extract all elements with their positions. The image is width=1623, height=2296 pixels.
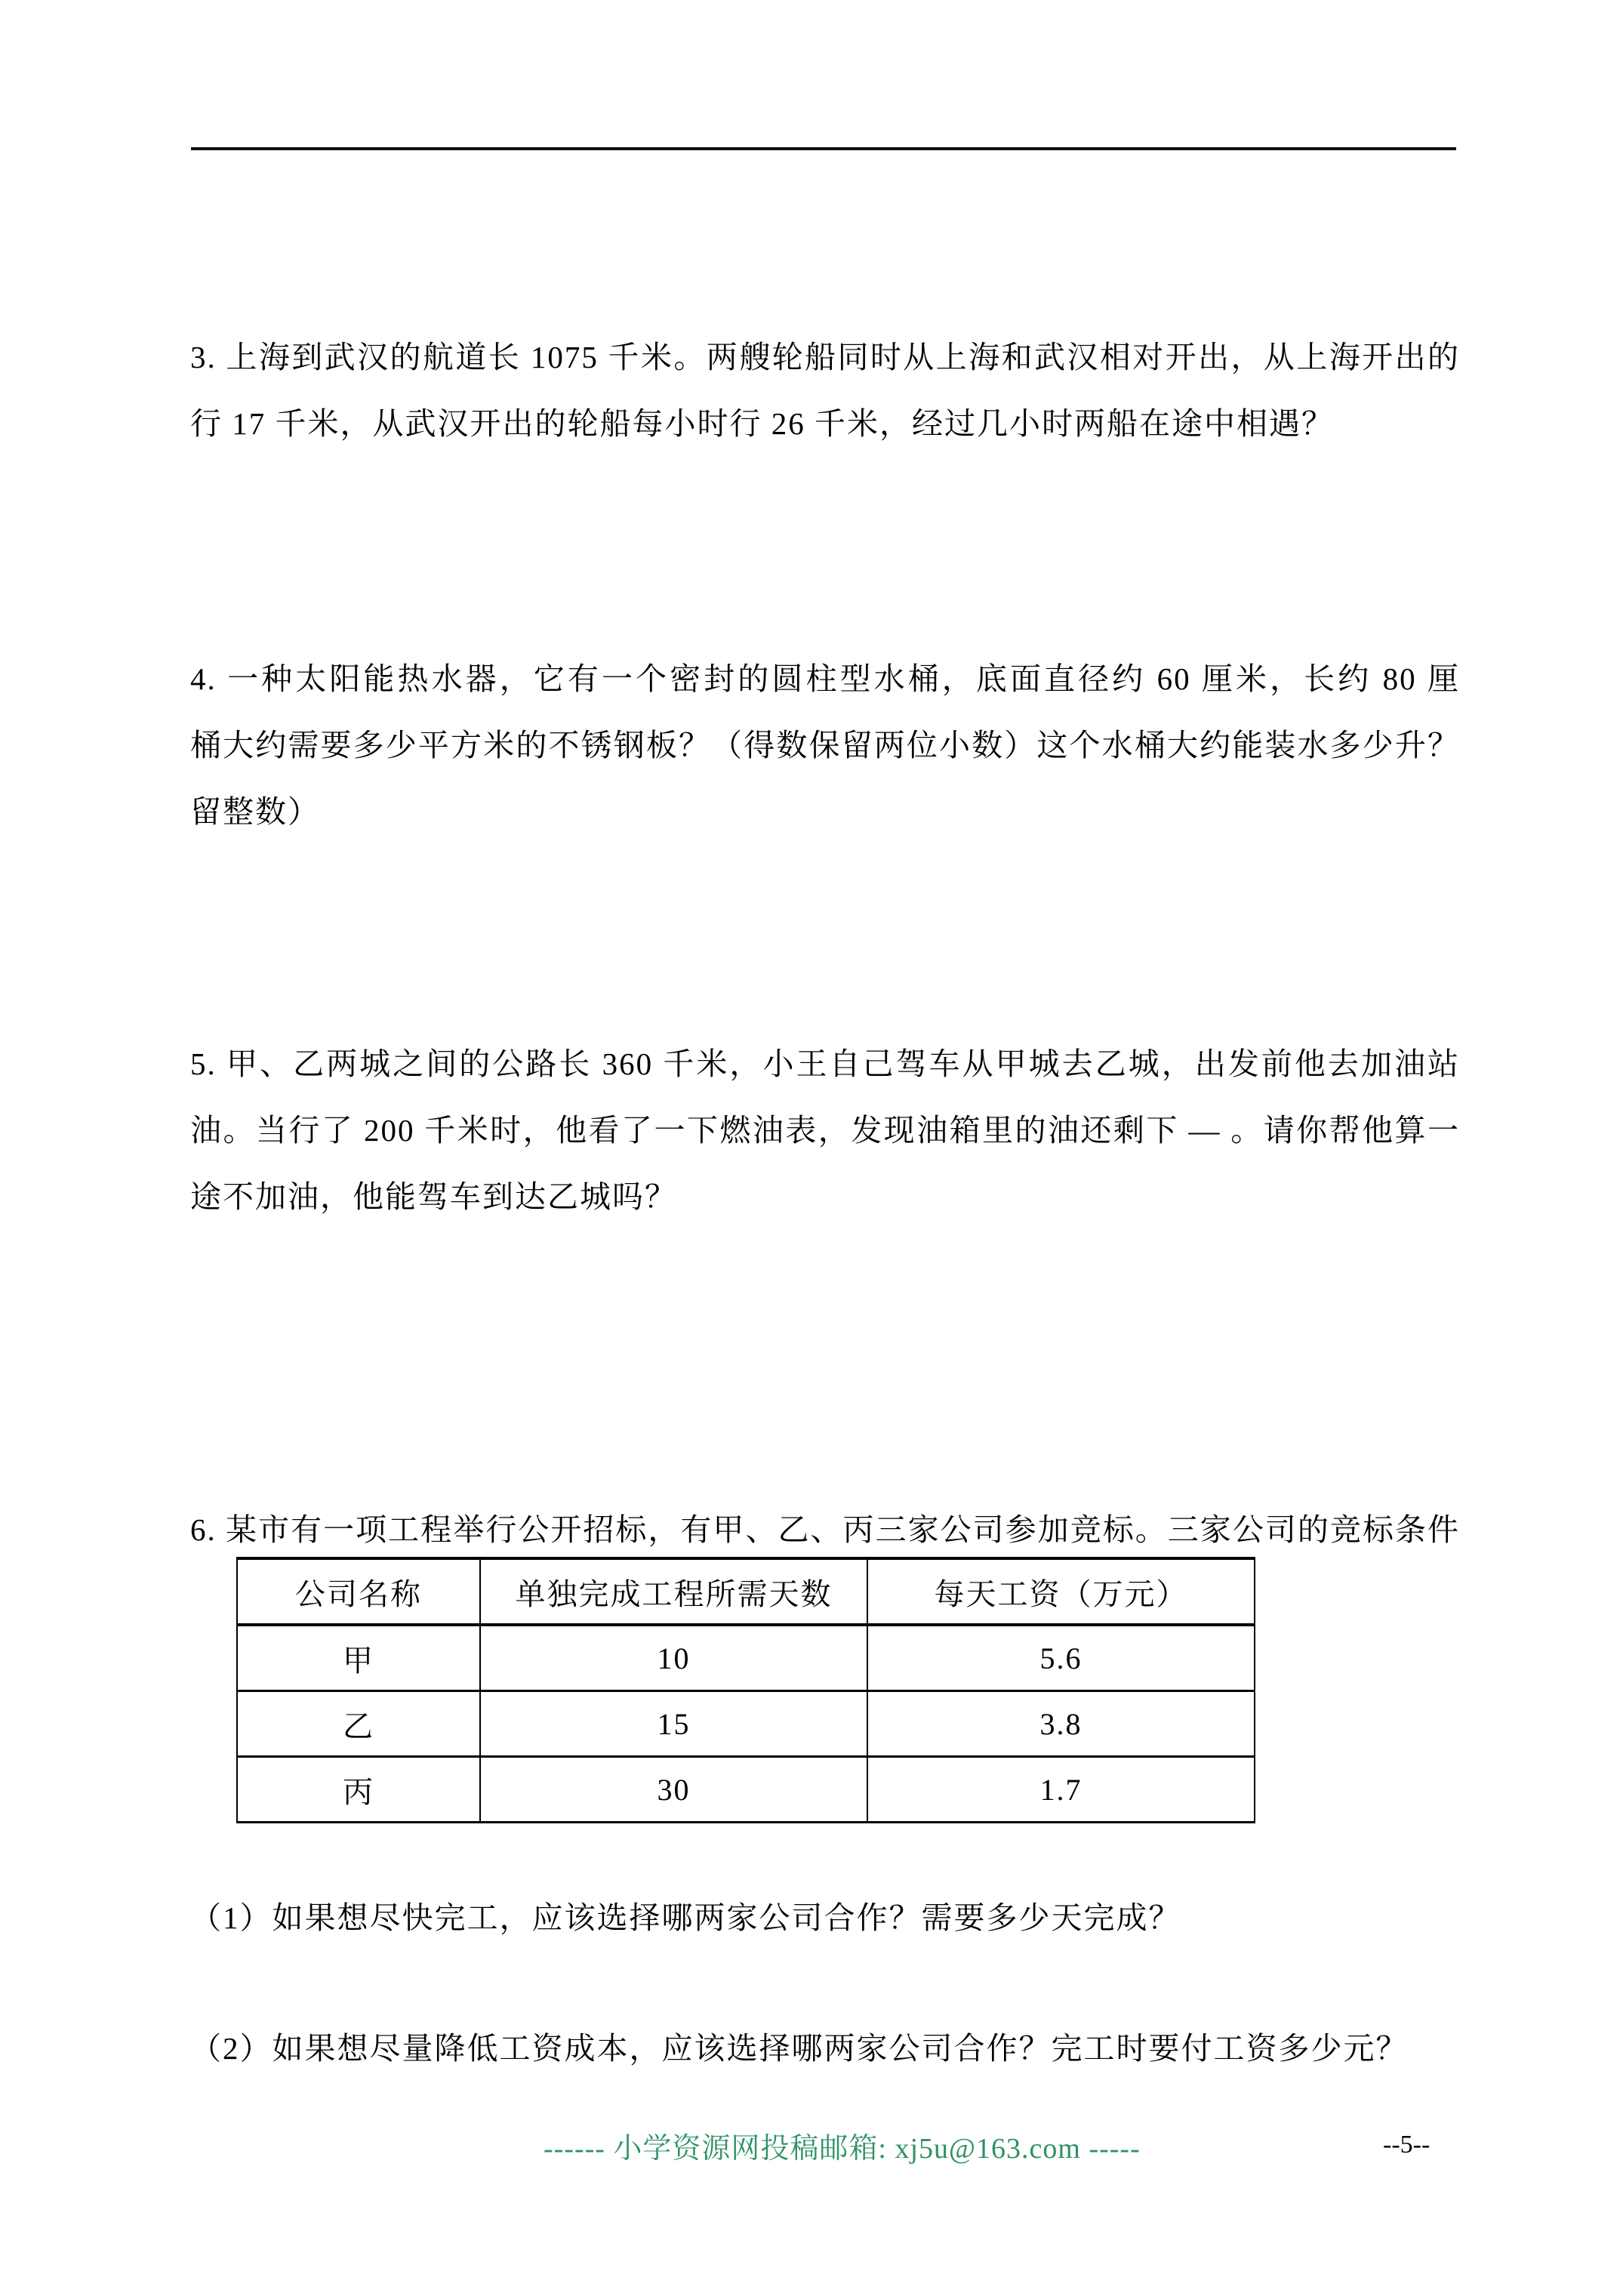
table-header-days-needed: 单独完成工程所需天数 — [480, 1558, 867, 1625]
problem-5-line-2: 油。当行了 200 千米时，他看了一下燃油表，发现油箱里的油还剩下 — 。请你帮… — [190, 1097, 1460, 1163]
page-number: --5-- — [1383, 2130, 1430, 2160]
problem-5-paragraph: 5. 甲、乙两城之间的公路长 360 千米，小王自己驾车从甲城去乙城，出发前他去… — [190, 1031, 1460, 1230]
table-header-company-name: 公司名称 — [237, 1558, 480, 1625]
cell-company: 乙 — [237, 1691, 480, 1757]
bid-table: 公司名称 单独完成工程所需天数 每天工资（万元） 甲 10 5.6 乙 15 3… — [236, 1557, 1255, 1823]
table-header-daily-wage: 每天工资（万元） — [867, 1558, 1255, 1625]
cell-days: 30 — [480, 1757, 867, 1823]
cell-days: 10 — [480, 1625, 867, 1691]
sub-question-1: （1）如果想尽快完工，应该选择哪两家公司合作？需要多少天完成？ — [190, 1899, 1460, 1937]
table-header-row: 公司名称 单独完成工程所需天数 每天工资（万元） — [237, 1558, 1255, 1625]
problem-5-line-3: 途不加油，他能驾车到达乙城吗？ — [190, 1163, 1460, 1230]
table-row-company-bing: 丙 30 1.7 — [237, 1757, 1255, 1823]
cell-wage: 3.8 — [867, 1691, 1255, 1757]
cell-company: 甲 — [237, 1625, 480, 1691]
table-row-company-yi: 乙 15 3.8 — [237, 1691, 1255, 1757]
problem-4-line-2: 桶大约需要多少平方米的不锈钢板？（得数保留两位小数）这个水桶大约能装水多少升？（… — [190, 712, 1460, 778]
problem-3-line-2: 行 17 千米，从武汉开出的轮船每小时行 26 千米，经过几小时两船在途中相遇？ — [190, 390, 1460, 457]
cell-wage: 5.6 — [867, 1625, 1255, 1691]
problem-4-line-1: 4. 一种太阳能热水器，它有一个密封的圆柱型水桶，底面直径约 60 厘米，长约 … — [190, 646, 1460, 712]
header-rule — [191, 147, 1456, 150]
problem-3-line-1: 3. 上海到武汉的航道长 1075 千米。两艘轮船同时从上海和武汉相对开出，从上… — [190, 324, 1460, 390]
footer-submission-line: ------ 小学资源网投稿邮箱: xj5u@163.com ----- — [544, 2131, 1141, 2166]
cell-company: 丙 — [237, 1757, 480, 1823]
cell-wage: 1.7 — [867, 1757, 1255, 1823]
problem-4-paragraph: 4. 一种太阳能热水器，它有一个密封的圆柱型水桶，底面直径约 60 厘米，长约 … — [190, 646, 1460, 845]
table-row-company-jia: 甲 10 5.6 — [237, 1625, 1255, 1691]
problem-5-line-1: 5. 甲、乙两城之间的公路长 360 千米，小王自己驾车从甲城去乙城，出发前他去… — [190, 1031, 1460, 1097]
cell-days: 15 — [480, 1691, 867, 1757]
problem-4-line-3: 留整数） — [190, 778, 1460, 845]
problem-6-line-1: 6. 某市有一项工程举行公开招标，有甲、乙、丙三家公司参加竞标。三家公司的竞标条… — [190, 1496, 1460, 1563]
problem-3-paragraph: 3. 上海到武汉的航道长 1075 千米。两艘轮船同时从上海和武汉相对开出，从上… — [190, 324, 1460, 457]
worksheet-page: 3. 上海到武汉的航道长 1075 千米。两艘轮船同时从上海和武汉相对开出，从上… — [0, 0, 1623, 2296]
sub-question-2: （2）如果想尽量降低工资成本，应该选择哪两家公司合作？完工时要付工资多少元？ — [190, 2029, 1460, 2067]
problem-6-paragraph: 6. 某市有一项工程举行公开招标，有甲、乙、丙三家公司参加竞标。三家公司的竞标条… — [190, 1496, 1460, 1563]
